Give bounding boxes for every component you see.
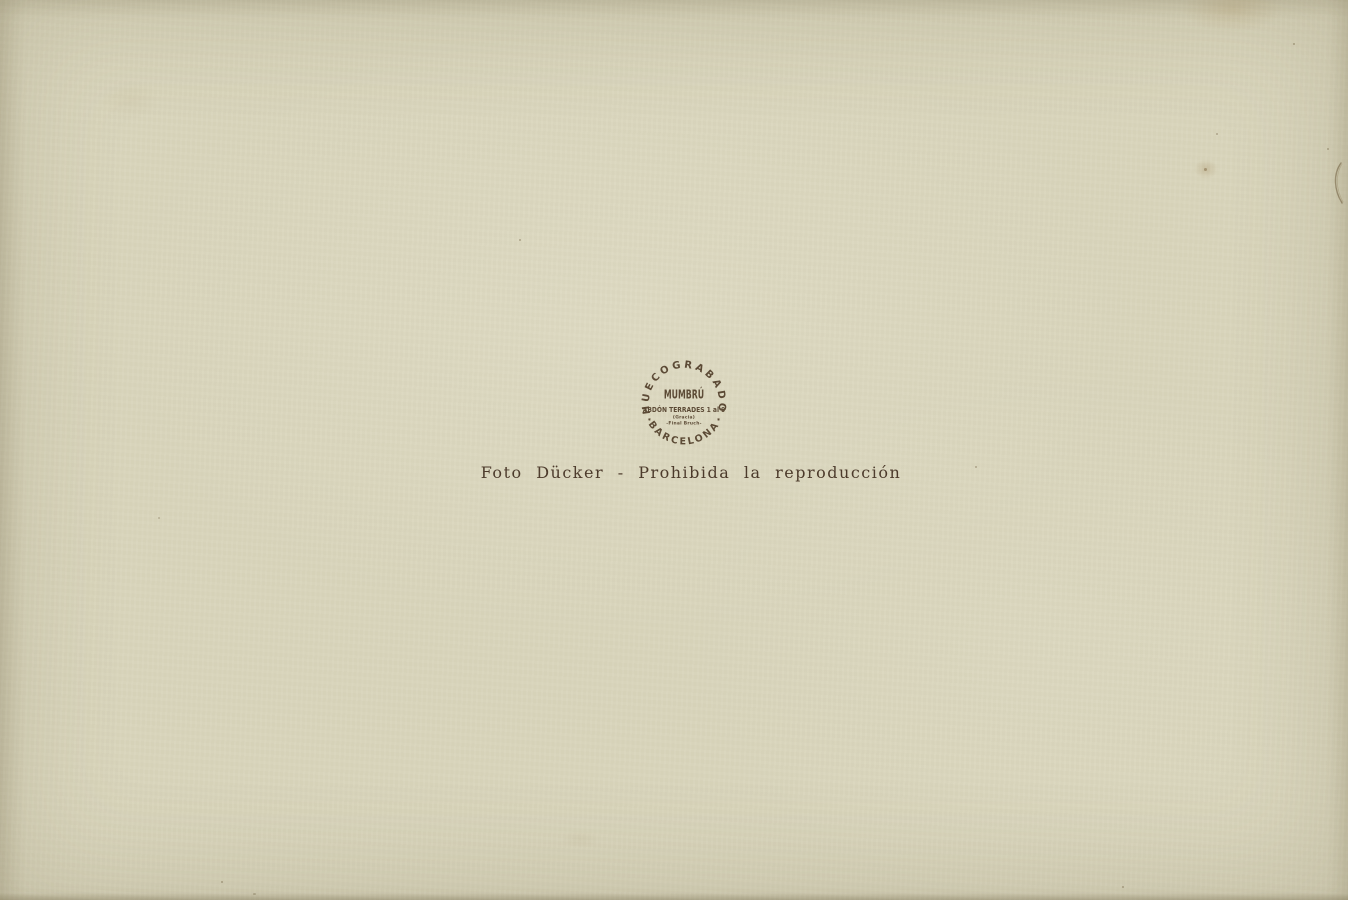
paper-speck bbox=[158, 517, 160, 519]
stamp-district-line: (Gracia) bbox=[673, 414, 695, 420]
paper-speck bbox=[1216, 133, 1218, 135]
photographer-caption: Foto Dücker - Prohibida la reproducción bbox=[481, 463, 902, 482]
stamp-address-line: ABDÓN TERRADES 1 al 9 bbox=[643, 405, 726, 414]
stamp-street-note: -Final Bruch- bbox=[666, 421, 702, 427]
paper-stain bbox=[560, 830, 600, 848]
printer-stamp: HUECOGRABADO MUMBRÚ ABDÓN TERRADES 1 al … bbox=[636, 355, 732, 451]
paper-fiber bbox=[1330, 160, 1346, 206]
paper-speck bbox=[1293, 43, 1295, 45]
paper-stain bbox=[100, 80, 160, 120]
paper-speck bbox=[1204, 168, 1207, 171]
photo-verso-sheet: HUECOGRABADO MUMBRÚ ABDÓN TERRADES 1 al … bbox=[0, 0, 1348, 900]
paper-speck bbox=[975, 466, 977, 468]
printer-stamp-graphic: HUECOGRABADO MUMBRÚ ABDÓN TERRADES 1 al … bbox=[636, 355, 732, 451]
paper-speck bbox=[253, 893, 256, 895]
stamp-brand-name: MUMBRÚ bbox=[664, 387, 704, 402]
paper-speck bbox=[221, 881, 223, 883]
paper-speck bbox=[519, 239, 521, 241]
paper-speck bbox=[1122, 886, 1124, 888]
paper-speck bbox=[1327, 148, 1329, 150]
